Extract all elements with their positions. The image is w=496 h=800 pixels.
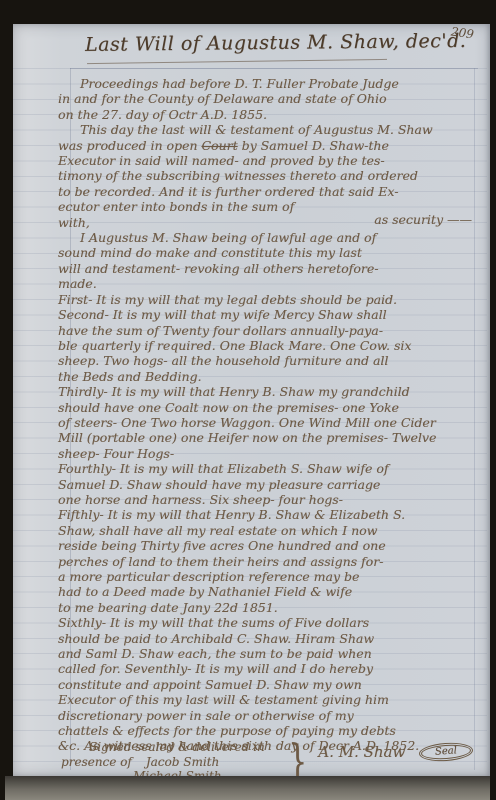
manuscript-line: ble quarterly if required. One Black Mar… — [58, 338, 476, 353]
manuscript-line: to me bearing date Jany 22d 1851. — [58, 600, 476, 615]
manuscript-line: Fourthly- It is my will that Elizabeth S… — [58, 461, 476, 476]
witness-name: Jacob Smith — [146, 755, 219, 770]
manuscript-line: Second- It is my will that my wife Mercy… — [58, 307, 476, 322]
manuscript-line: Executor of this my last will & testamen… — [58, 692, 476, 707]
manuscript-line: I Augustus M. Shaw being of lawful age a… — [58, 230, 476, 245]
manuscript-line: should have one Coalt now on the premise… — [58, 400, 476, 415]
manuscript-line: Mill (portable one) one Heifer now on th… — [58, 430, 476, 445]
ledger-page: 209 Last Will of Augustus M. Shaw, dec'd… — [13, 24, 490, 776]
book-edge — [5, 776, 490, 800]
manuscript-line: Proceedings had before D. T. Fuller Prob… — [58, 76, 476, 91]
witness-attestation-line: Signed sealed & delivered in — [61, 740, 283, 755]
title-underline-flourish — [87, 59, 387, 64]
manuscript-line: timony of the subscribing witnesses ther… — [58, 168, 476, 183]
will-body: Proceedings had before D. T. Fuller Prob… — [58, 76, 476, 754]
manuscript-line: on the 27. day of Octr A.D. 1855. — [58, 107, 476, 122]
manuscript-line: chattels & effects for the purpose of pa… — [58, 723, 476, 738]
manuscript-line: the Beds and Bedding. — [58, 369, 476, 384]
manuscript-line: This day the last will & testament of Au… — [58, 122, 476, 137]
manuscript-line: made. — [58, 276, 476, 291]
manuscript-line: sound mind do make and constitute this m… — [58, 245, 476, 260]
header-rule — [70, 68, 478, 69]
manuscript-line: a more particular description reference … — [58, 569, 476, 584]
manuscript-line: sheep. Two hogs- all the household furni… — [58, 353, 476, 368]
photo-frame: 209 Last Will of Augustus M. Shaw, dec'd… — [0, 0, 496, 800]
manuscript-line: one horse and harness. Six sheep- four h… — [58, 492, 476, 507]
manuscript-line: was produced in open Court by Samuel D. … — [58, 138, 476, 153]
manuscript-line: Sixthly- It is my will that the sums of … — [58, 615, 476, 630]
manuscript-line: had to a Deed made by Nathaniel Field & … — [58, 584, 476, 599]
manuscript-line: and Saml D. Shaw each, the sum to be pai… — [58, 646, 476, 661]
manuscript-line: Shaw, shall have all my real estate on w… — [58, 523, 476, 538]
manuscript-line: constitute and appoint Samuel D. Shaw my… — [58, 677, 476, 692]
page-title: Last Will of Augustus M. Shaw, dec'd. — [85, 30, 445, 56]
manuscript-line: Samuel D. Shaw should have my pleasure c… — [58, 477, 476, 492]
manuscript-line: reside being Thirty five acres One hundr… — [58, 538, 476, 553]
manuscript-line: with,as security —— — [58, 215, 476, 230]
seal-mark: Seal — [419, 741, 474, 763]
manuscript-line: called for. Seventhly- It is my will and… — [58, 661, 476, 676]
manuscript-line: have the sum of Twenty four dollars annu… — [58, 323, 476, 338]
manuscript-line: Executor in said will named- and proved … — [58, 153, 476, 168]
manuscript-line: in and for the County of Delaware and st… — [58, 91, 476, 106]
witness-attestation-line: presence of — [61, 755, 132, 770]
manuscript-line: Thirdly- It is my will that Henry B. Sha… — [58, 384, 476, 399]
manuscript-line: First- It is my will that my legal debts… — [58, 292, 476, 307]
manuscript-line: should be paid to Archibald C. Shaw. Hir… — [58, 631, 476, 646]
manuscript-line: perches of land to them their heirs and … — [58, 554, 476, 569]
manuscript-line: will and testament- revoking all others … — [58, 261, 476, 276]
manuscript-line: of steers- One Two horse Waggon. One Win… — [58, 415, 476, 430]
manuscript-line: to be recorded. And it is further ordere… — [58, 184, 476, 199]
manuscript-line: discretionary power in sale or otherwise… — [58, 708, 476, 723]
testator-signature: A. M. Shaw — [318, 743, 405, 761]
manuscript-line: sheep- Four Hogs- — [58, 446, 476, 461]
manuscript-line: Fifthly- It is my will that Henry B. Sha… — [58, 507, 476, 522]
